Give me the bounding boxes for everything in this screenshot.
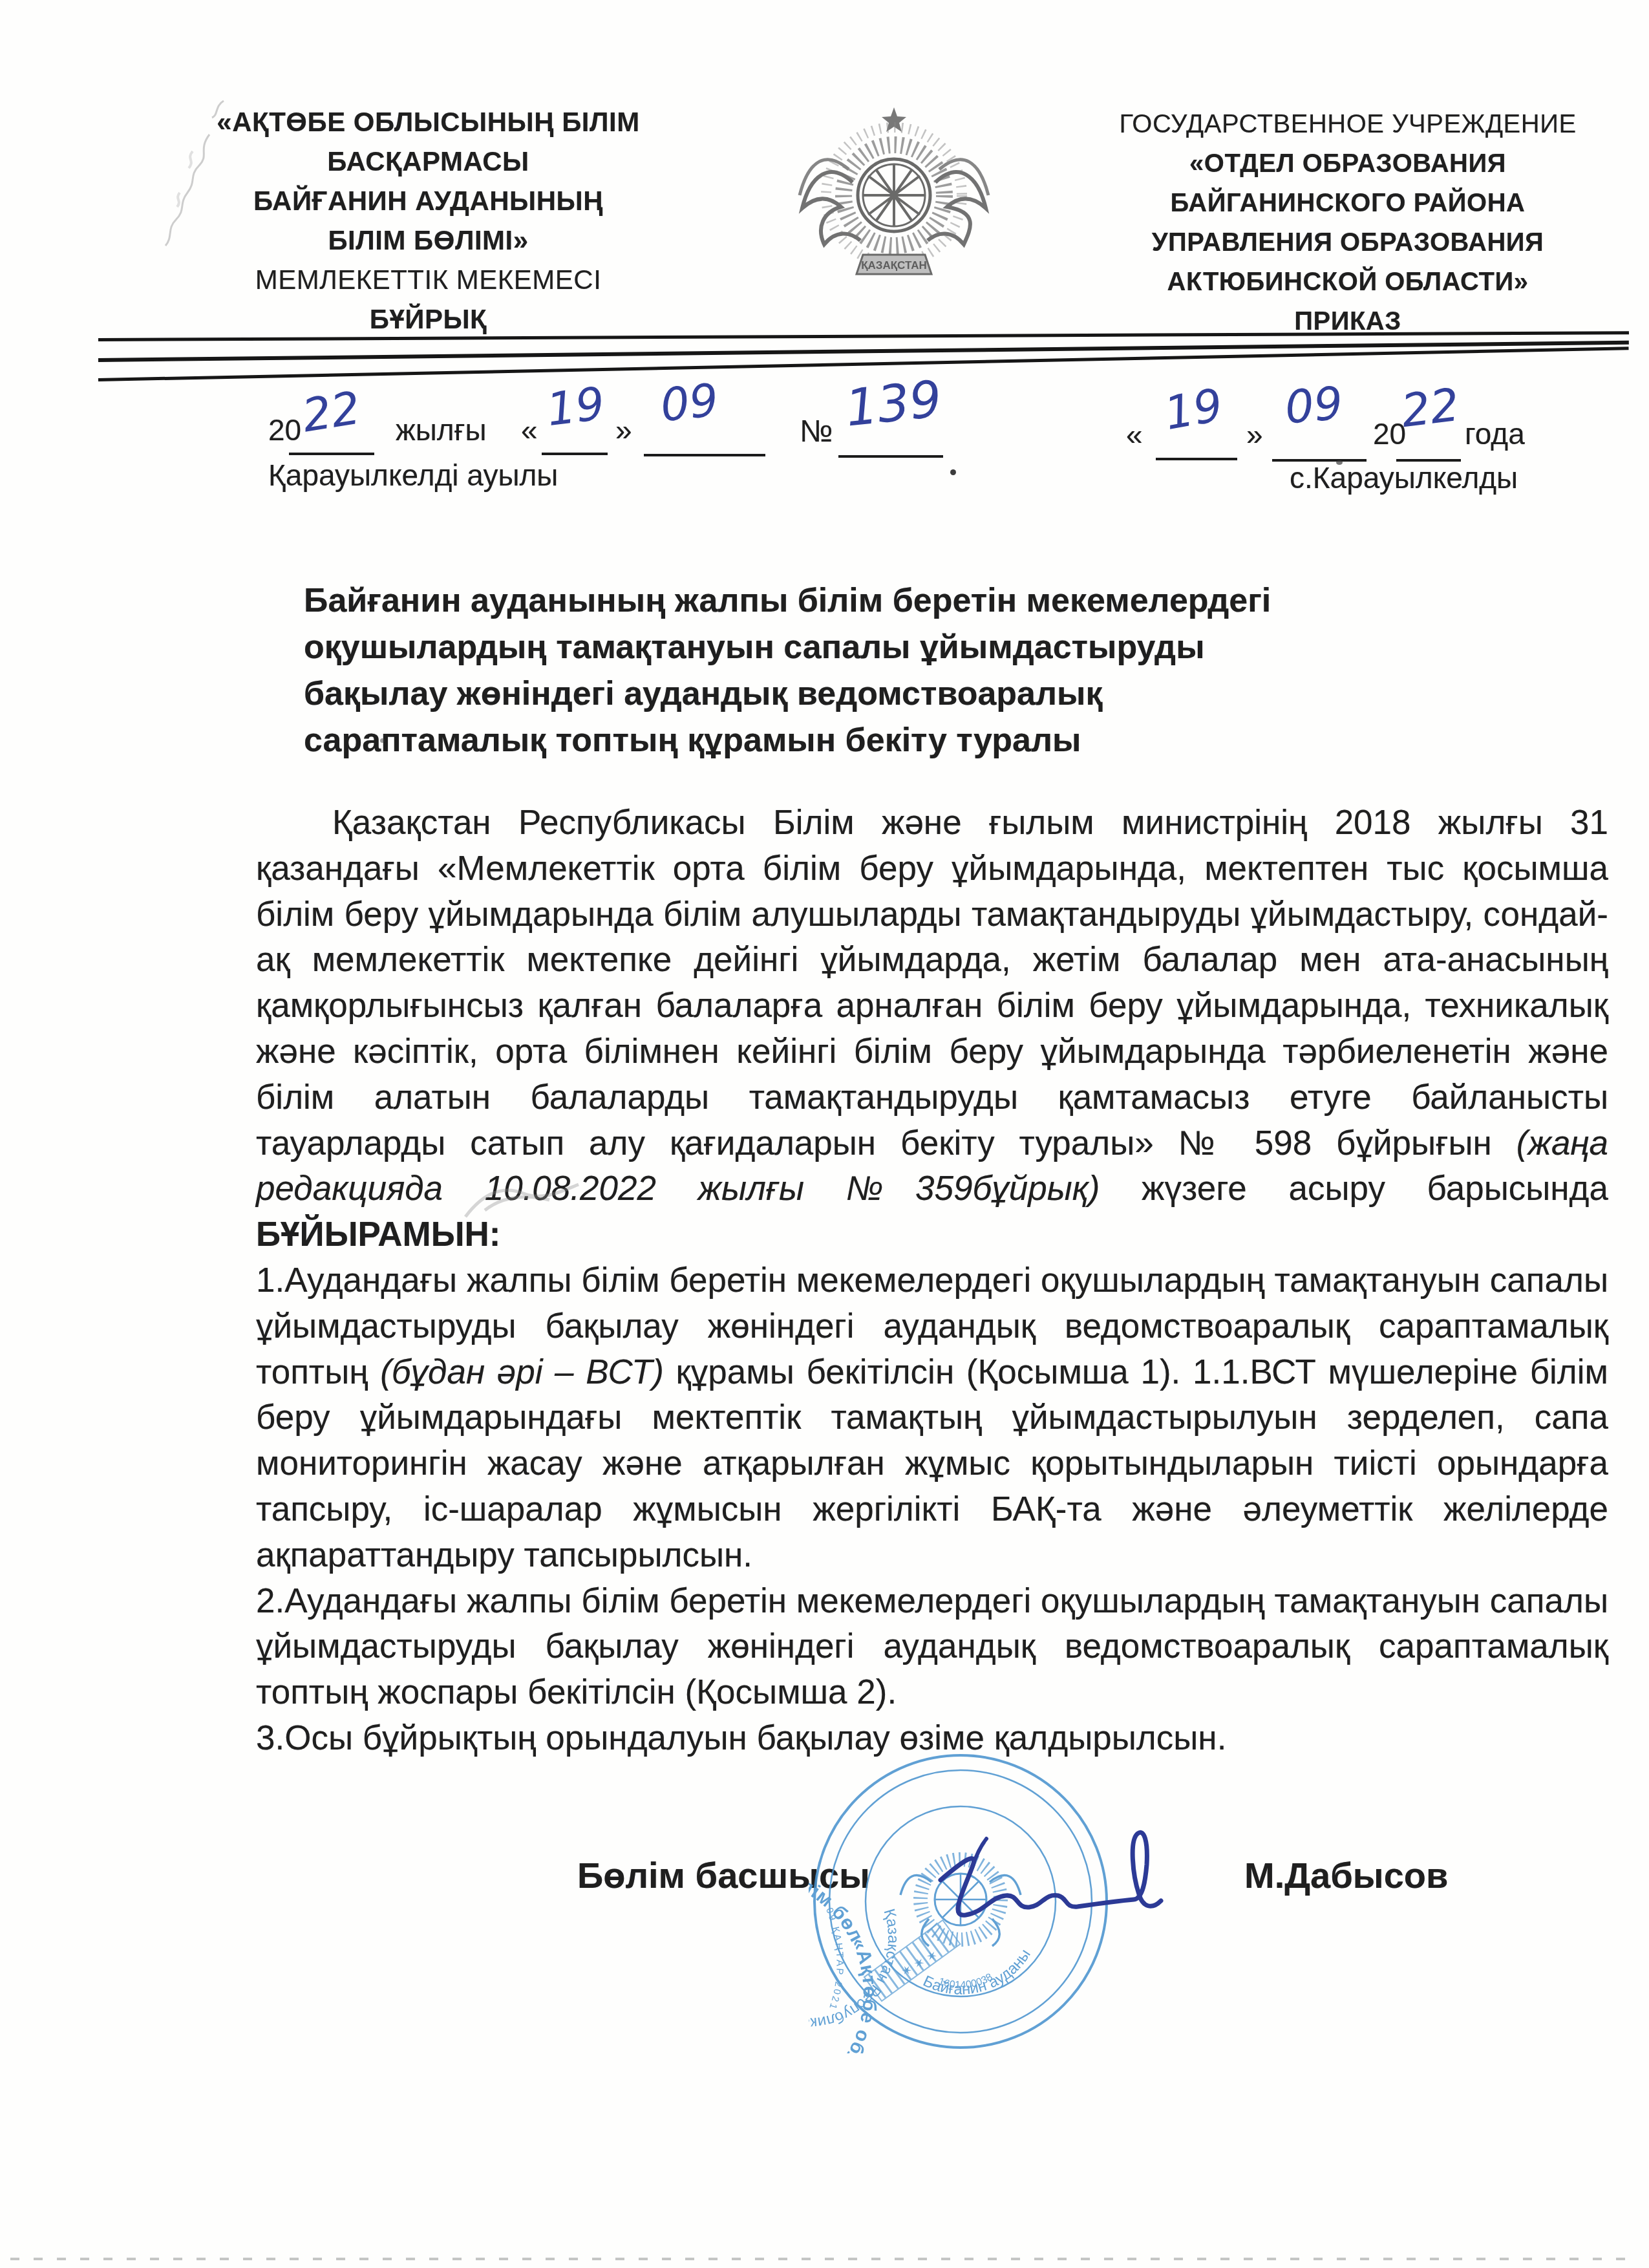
order-title-line: сараптамалық топтың құрамын бекіту турал… — [304, 717, 1454, 764]
handwritten-year-right: 22 — [1398, 378, 1462, 438]
header-right-russian: ГОСУДАРСТВЕННОЕ УЧРЕЖДЕНИЕ «ОТДЕЛ ОБРАЗО… — [1063, 105, 1632, 341]
header-right-line: УПРАВЛЕНИЯ ОБРАЗОВАНИЯ — [1063, 223, 1632, 262]
handwritten-month-right: 09 — [1283, 376, 1345, 434]
ink-speck — [950, 469, 956, 475]
signature-name: М.Дабысов — [1244, 1854, 1448, 1896]
item1-italic-note: (бұдан әрі – ВСТ) — [380, 1353, 664, 1391]
preamble-text: жүзеге асыру барысында — [1100, 1170, 1608, 1208]
scanned-order-document: «АҚТӨБЕ ОБЛЫСЫНЫҢ БІЛІМ БАСҚАРМАСЫ БАЙҒА… — [0, 0, 1649, 2268]
order-body: Қазақстан Республикасы Білім және ғылым … — [256, 800, 1608, 1762]
handwritten-year: 22 — [299, 381, 364, 443]
underline — [1156, 458, 1237, 460]
order-item-2: 2.Аудандағы жалпы білім беретін мекемеле… — [256, 1579, 1608, 1716]
number-sign: № — [800, 414, 833, 449]
underline — [542, 453, 608, 455]
ink-speck — [1336, 460, 1343, 465]
underline — [838, 455, 943, 458]
date-right-suffix: года — [1465, 416, 1525, 451]
order-title-line: бақылау жөніндегі аудандық ведомствоарал… — [304, 670, 1454, 717]
state-emblem-icon: ҚАЗАҚСТАН — [791, 98, 997, 292]
order-item-1: 1.Аудандағы жалпы білім беретін мекемеле… — [256, 1258, 1608, 1579]
header-right-line: БАЙГАНИНСКОГО РАЙОНА — [1063, 184, 1632, 223]
quote-close: » — [1246, 417, 1263, 452]
quote-close: » — [615, 412, 632, 447]
handwritten-day-right: 19 — [1161, 378, 1227, 440]
handwritten-day: 19 — [544, 377, 607, 436]
order-title-line: Байғанин ауданының жалпы білім беретін м… — [304, 577, 1454, 624]
date-left-word: жылғы — [396, 412, 487, 447]
place-left: Қарауылкелді ауылы — [268, 458, 558, 493]
date-left-prefix: 20 — [268, 412, 301, 447]
emblem-banner-text: ҚАЗАҚСТАН — [861, 259, 927, 272]
header-right-line: АКТЮБИНСКОЙ ОБЛАСТИ» — [1063, 262, 1632, 302]
handwritten-month: 09 — [658, 374, 721, 433]
quote-open: « — [1126, 417, 1143, 452]
date-right-prefix: 20 — [1373, 416, 1406, 451]
scan-smudge-artifact — [446, 1171, 595, 1236]
ink-speck — [380, 738, 385, 743]
order-title-line: оқушылардың тамақтануын сапалы ұйымдасты… — [304, 624, 1454, 670]
place-right: с.Карауылкелды — [1290, 460, 1518, 495]
handwritten-order-number: 139 — [843, 370, 944, 438]
underline — [289, 453, 374, 455]
scan-edge-artifact — [10, 2258, 1639, 2260]
underline — [644, 454, 765, 456]
preamble-text: Қазақстан Республикасы Білім және ғылым … — [256, 804, 1608, 1162]
scan-pencil-artifact — [147, 96, 244, 296]
order-title: Байғанин ауданының жалпы білім беретін м… — [304, 577, 1454, 764]
header-right-line: «ОТДЕЛ ОБРАЗОВАНИЯ — [1063, 144, 1632, 184]
quote-open: « — [521, 412, 538, 447]
header-left-order-word: БҰЙРЫҚ — [165, 299, 692, 339]
header-right-line: ГОСУДАРСТВЕННОЕ УЧРЕЖДЕНИЕ — [1063, 105, 1632, 144]
handwritten-signature — [905, 1803, 1183, 1964]
